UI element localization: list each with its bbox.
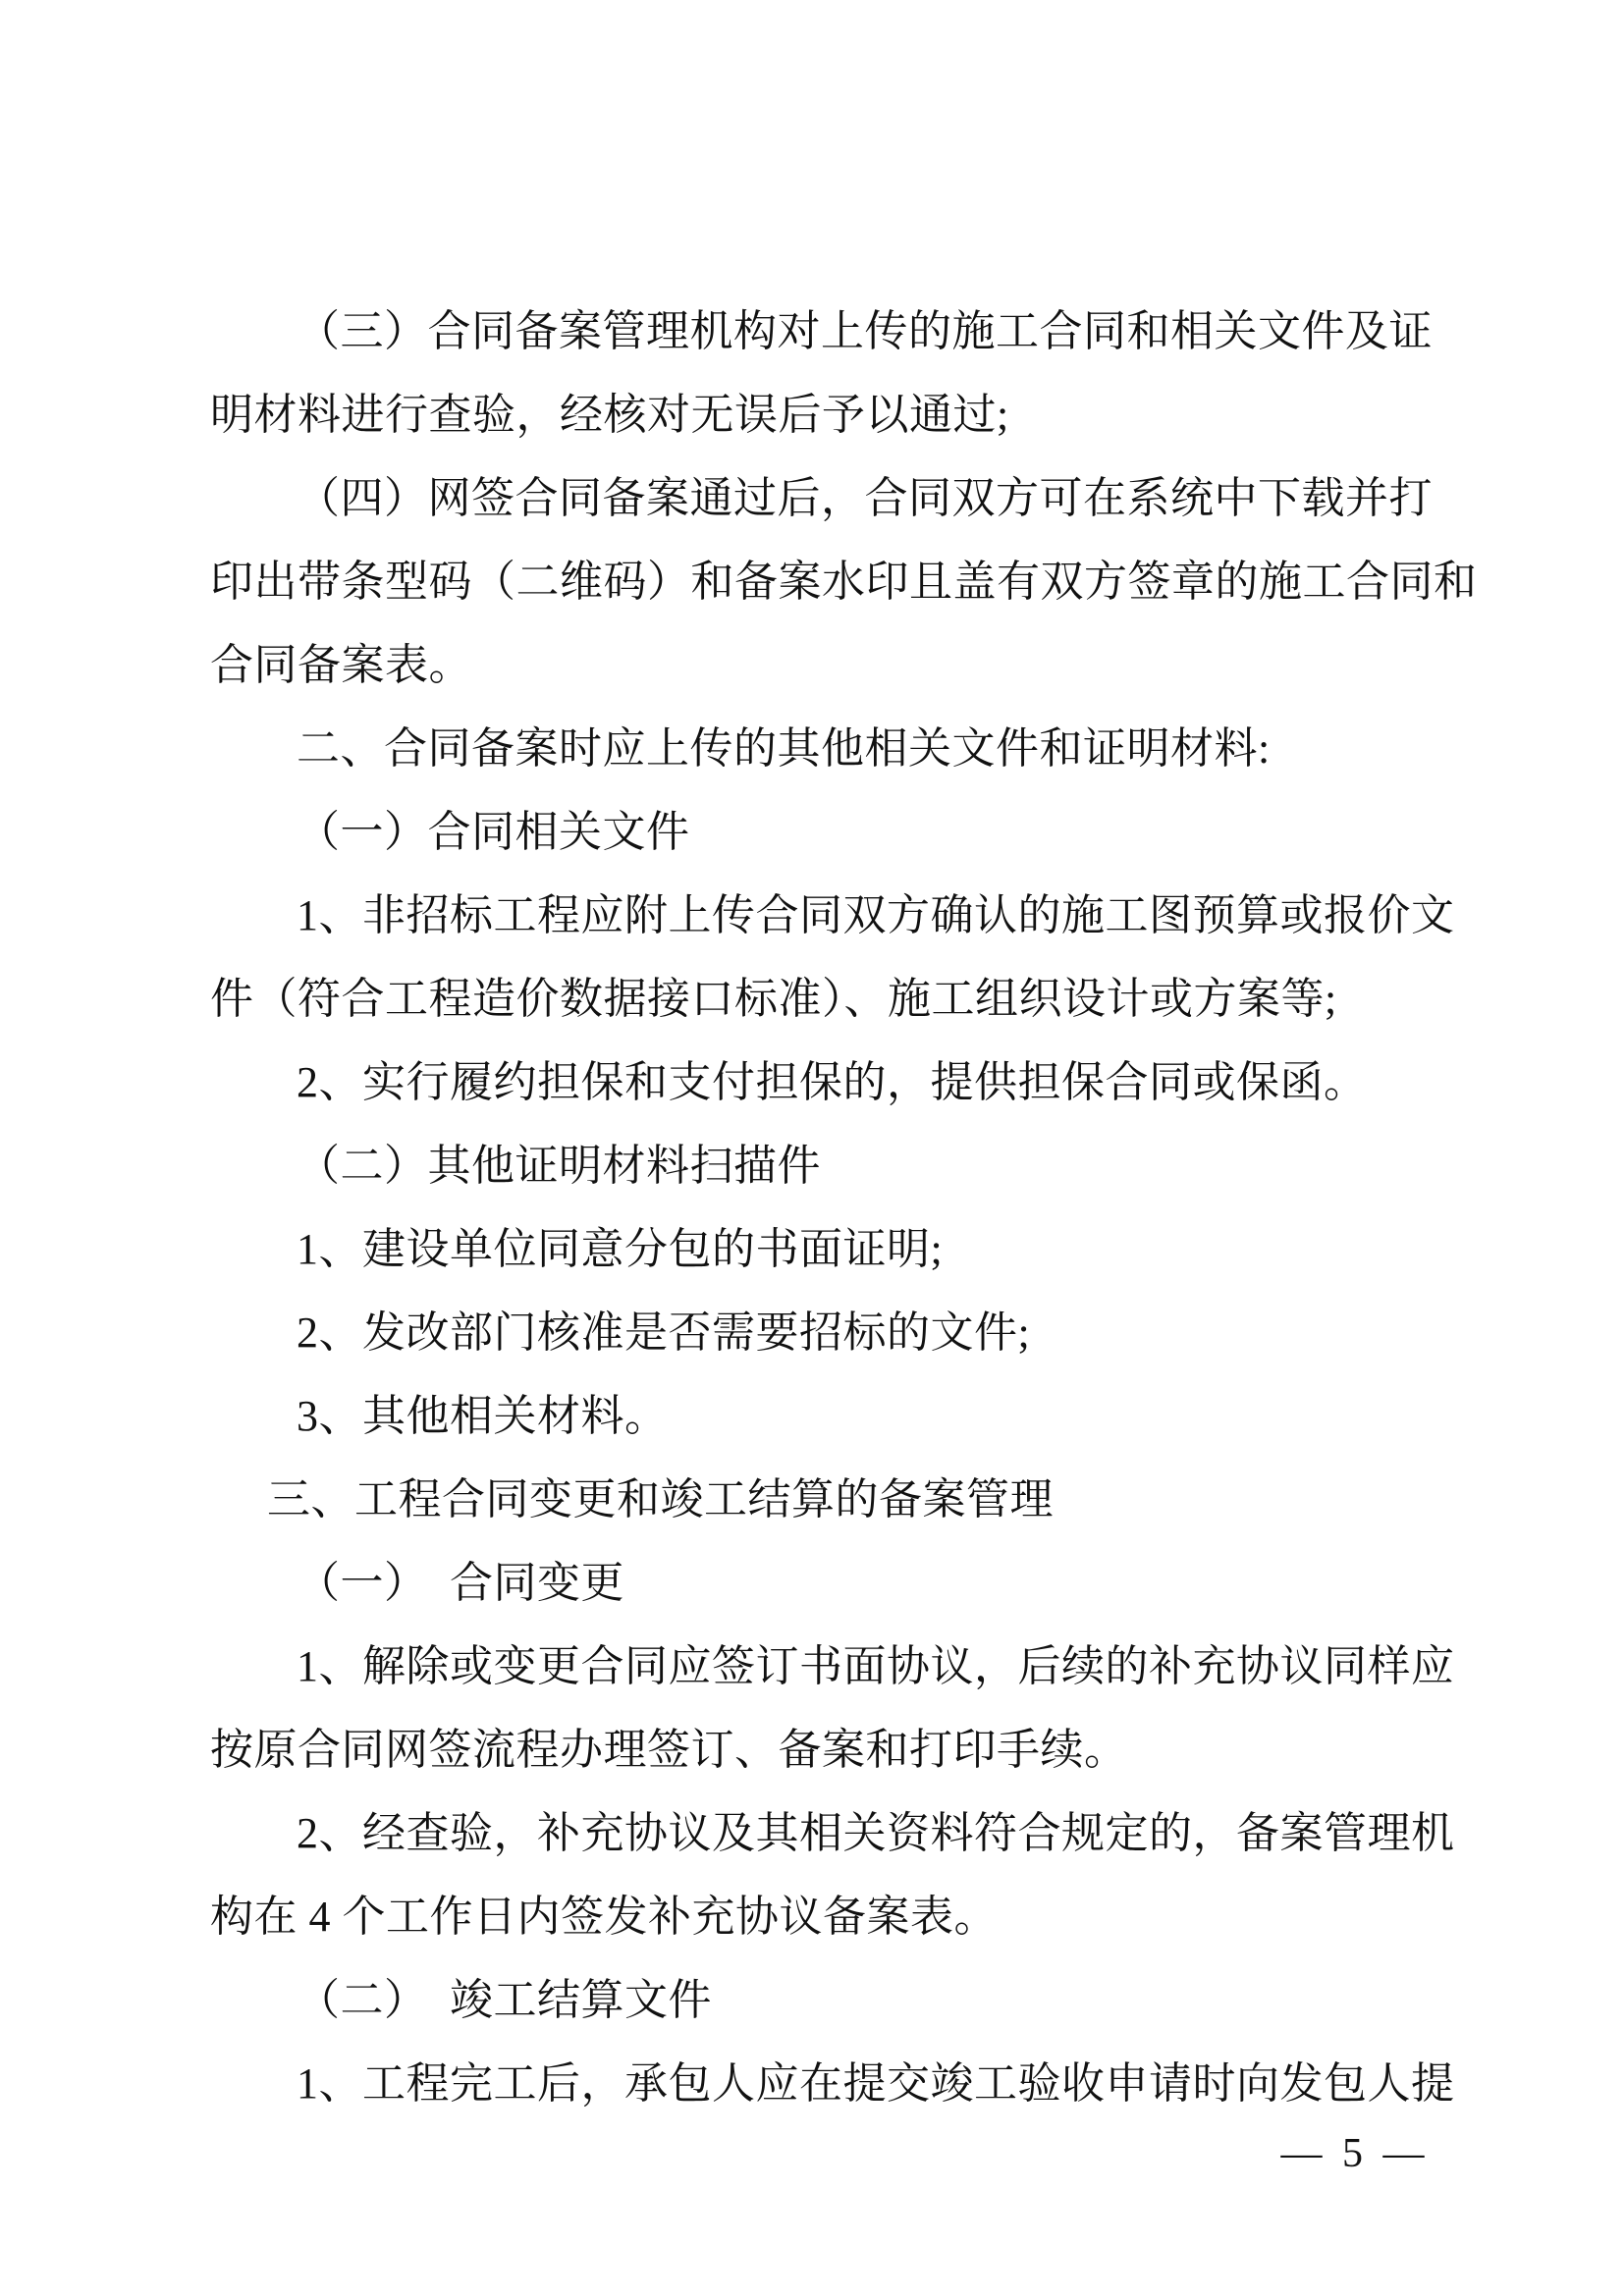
paragraph: 2、实行履约担保和支付担保的，提供担保合同或保函。	[210, 1041, 1430, 1124]
paragraph: （一）合同相关文件	[210, 790, 1430, 874]
paragraph: 2、发改部门核准是否需要招标的文件;	[210, 1291, 1430, 1374]
document-page: （三）合同备案管理机构对上传的施工合同和相关文件及证 明材料进行查验，经核对无误…	[0, 0, 1624, 2296]
paragraph: 3、其他相关材料。	[210, 1374, 1430, 1458]
paragraph: （二）其他证明材料扫描件	[210, 1124, 1430, 1207]
paragraph: 三、工程合同变更和竣工结算的备案管理	[210, 1458, 1430, 1541]
paragraph: 1、工程完工后，承包人应在提交竣工验收申请时向发包人提	[210, 2042, 1430, 2125]
paragraph: 1、非招标工程应附上传合同双方确认的施工图预算或报价文 件（符合工程造价数据接口…	[210, 874, 1430, 1041]
paragraph: 二、合同备案时应上传的其他相关文件和证明材料:	[210, 707, 1430, 790]
paragraph: （二） 竣工结算文件	[210, 1958, 1430, 2042]
paragraph: （三）合同备案管理机构对上传的施工合同和相关文件及证 明材料进行查验，经核对无误…	[210, 290, 1430, 456]
page-number: — 5 —	[1272, 2128, 1438, 2179]
paragraph: （一） 合同变更	[210, 1541, 1430, 1625]
paragraph: 1、建设单位同意分包的书面证明;	[210, 1207, 1430, 1291]
paragraph: （四）网签合同备案通过后，合同双方可在系统中下载并打 印出带条型码（二维码）和备…	[210, 456, 1430, 707]
document-body: （三）合同备案管理机构对上传的施工合同和相关文件及证 明材料进行查验，经核对无误…	[210, 290, 1430, 2125]
paragraph: 2、经查验，补充协议及其相关资料符合规定的，备案管理机 构在 4 个工作日内签发…	[210, 1791, 1430, 1958]
paragraph: 1、解除或变更合同应签订书面协议，后续的补充协议同样应 按原合同网签流程办理签订…	[210, 1625, 1430, 1791]
